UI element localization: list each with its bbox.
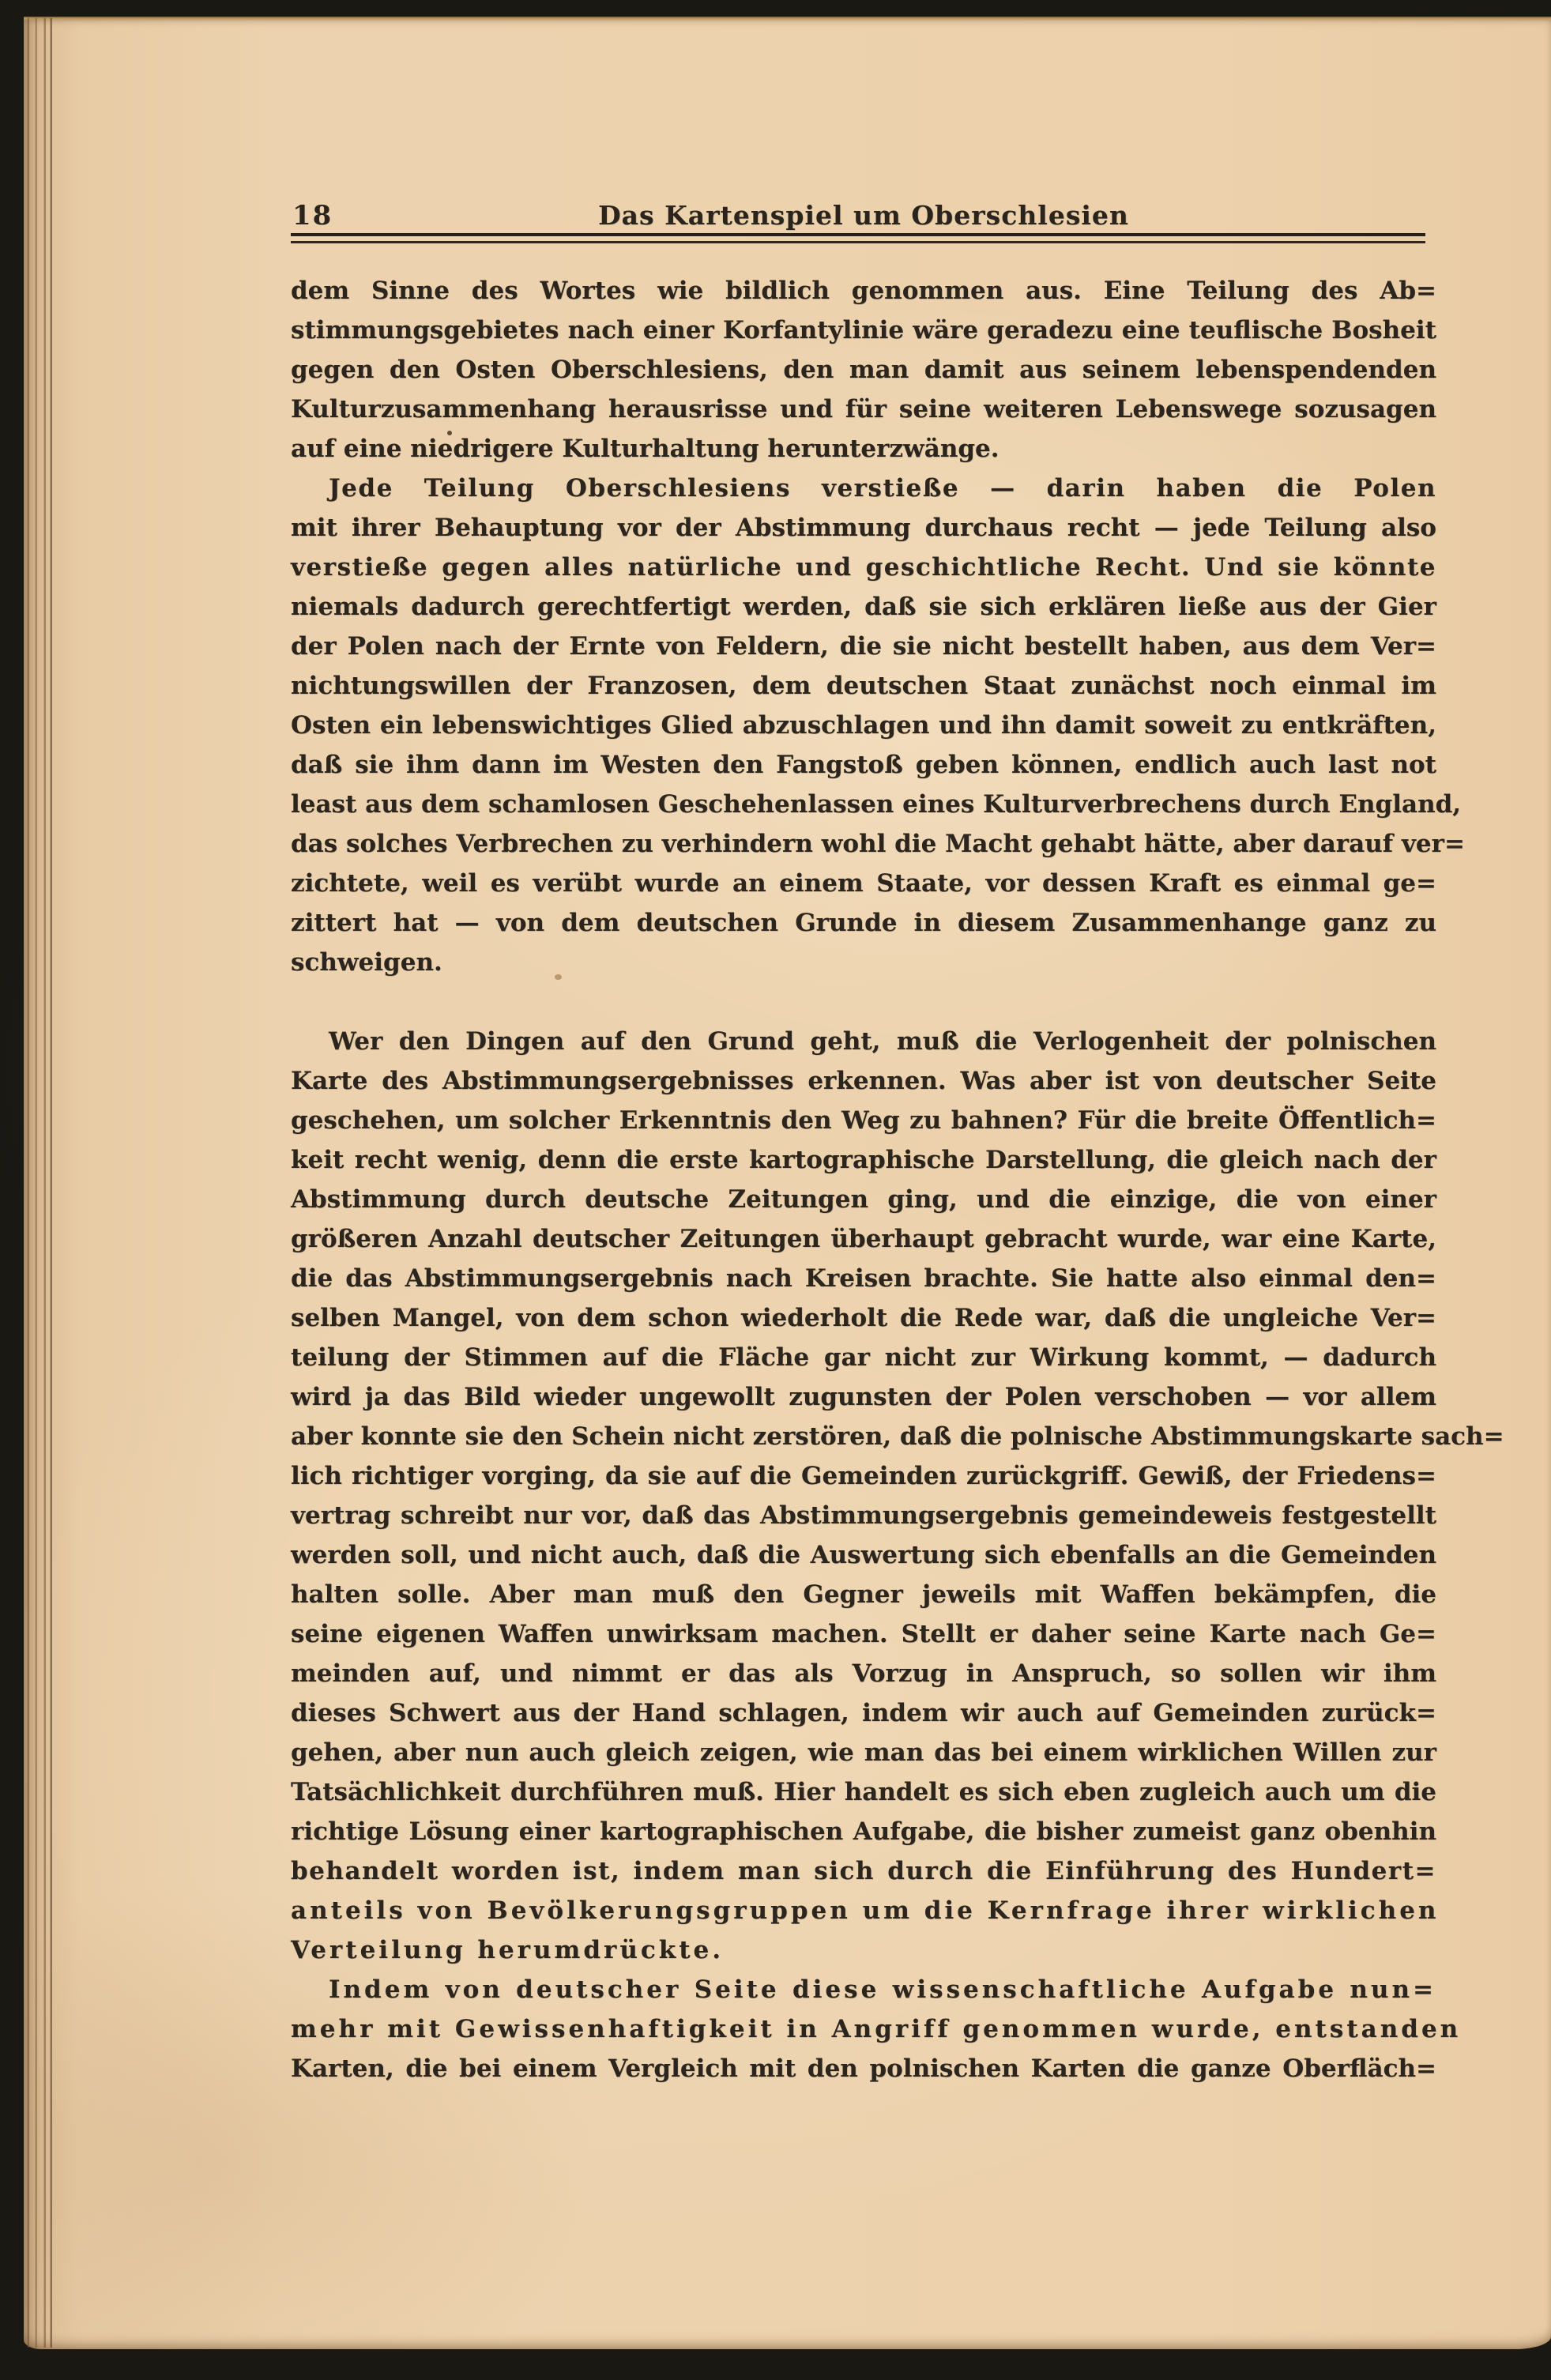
text-line: mehr mit Gewissenhaftigkeit in Angriff g… — [291, 2009, 1436, 2049]
text-line: gehen, aber nun auch gleich zeigen, wie … — [291, 1733, 1436, 1772]
text-line: behandelt worden ist, indem man sich dur… — [291, 1851, 1436, 1891]
text-line: meinden auf, und nimmt er das als Vorzug… — [291, 1654, 1436, 1693]
text-line: least aus dem schamlosen Geschehenlassen… — [291, 785, 1436, 824]
text-line: lich richtiger vorging, da sie auf die G… — [291, 1456, 1436, 1496]
text-line: Jede Teilung Oberschlesiens verstieße — … — [291, 469, 1436, 508]
paragraph: dem Sinne des Wortes wie bildlich genomm… — [291, 271, 1436, 469]
text-line: das solches Verbrechen zu verhindern woh… — [291, 824, 1436, 864]
text-line: zichtete, weil es verübt wurde an einem … — [291, 864, 1436, 903]
page-header: 18 Das Kartenspiel um Oberschlesien — [291, 198, 1436, 233]
text-line: der Polen nach der Ernte von Feldern, di… — [291, 627, 1436, 666]
page-number: 18 — [292, 198, 333, 233]
paragraph: Wer den Dingen auf den Grund geht, muß d… — [291, 1022, 1436, 1970]
scanned-book-page: { "colors": { "scan_background": "#19181… — [0, 0, 1551, 2380]
text-line: vertrag schreibt nur vor, daß das Abstim… — [291, 1496, 1436, 1535]
text-line: Karte des Abstimmungsergebnisses erkenne… — [291, 1061, 1436, 1101]
text-line: stimmungsgebietes nach einer Korfantylin… — [291, 311, 1436, 350]
text-line: Osten ein lebenswichtiges Glied abzuschl… — [291, 706, 1436, 745]
text-line: dieses Schwert aus der Hand schlagen, in… — [291, 1693, 1436, 1733]
book-page: 18 Das Kartenspiel um Oberschlesien dem … — [24, 17, 1551, 2349]
text-line: teilung der Stimmen auf die Fläche gar n… — [291, 1338, 1436, 1377]
text-line: zittert hat — von dem deutschen Grunde i… — [291, 903, 1436, 943]
text-line: Abstimmung durch deutsche Zeitungen ging… — [291, 1180, 1436, 1219]
text-line: geschehen, um solcher Erkenntnis den Weg… — [291, 1101, 1436, 1140]
text-line: die das Abstimmungsergebnis nach Kreisen… — [291, 1259, 1436, 1298]
text-line: mit ihrer Behauptung vor der Abstimmung … — [291, 508, 1436, 548]
text-line: größeren Anzahl deutscher Zeitungen über… — [291, 1219, 1436, 1259]
text-line: richtige Lösung einer kartographischen A… — [291, 1812, 1436, 1851]
text-line: Wer den Dingen auf den Grund geht, muß d… — [291, 1022, 1436, 1061]
text-line: werden soll, und nicht auch, daß die Aus… — [291, 1535, 1436, 1575]
text-line: verstieße gegen alles natürliche und ges… — [291, 548, 1436, 587]
text-line: dem Sinne des Wortes wie bildlich genomm… — [291, 271, 1436, 311]
text-line: Verteilung herumdrückte. — [291, 1930, 1436, 1970]
text-line: selben Mangel, von dem schon wiederholt … — [291, 1298, 1436, 1338]
paragraph: Jede Teilung Oberschlesiens verstieße — … — [291, 469, 1436, 982]
paragraph: Indem von deutscher Seite diese wissensc… — [291, 1970, 1436, 2088]
text-line: seine eigenen Waffen unwirksam machen. S… — [291, 1614, 1436, 1654]
text-line: anteils von Bevölkerungsgruppen um die K… — [291, 1891, 1436, 1930]
text-line: Karten, die bei einem Vergleich mit den … — [291, 2049, 1436, 2088]
text-line: auf eine niedrigere Kulturhaltung herunt… — [291, 429, 1436, 469]
page-edge-stack — [24, 18, 55, 2348]
text-line: aber konnte sie den Schein nicht zerstör… — [291, 1417, 1436, 1456]
text-line: gegen den Osten Oberschlesiens, den man … — [291, 350, 1436, 390]
header-rule — [291, 233, 1425, 243]
text-line: halten solle. Aber man muß den Gegner je… — [291, 1575, 1436, 1614]
text-line: niemals dadurch gerechtfertigt werden, d… — [291, 587, 1436, 627]
text-line: daß sie ihm dann im Westen den Fangstoß … — [291, 745, 1436, 785]
text-line: keit recht wenig, denn die erste kartogr… — [291, 1140, 1436, 1180]
text-line: wird ja das Bild wieder ungewollt zuguns… — [291, 1377, 1436, 1417]
running-title: Das Kartenspiel um Oberschlesien — [291, 198, 1436, 233]
text-line: Indem von deutscher Seite diese wissensc… — [291, 1970, 1436, 2009]
body-text: dem Sinne des Wortes wie bildlich genomm… — [291, 271, 1436, 2088]
text-line: nichtungswillen der Franzosen, dem deuts… — [291, 666, 1436, 706]
paragraph-gap — [291, 982, 1436, 1022]
text-line: Kulturzusammenhang herausrisse und für s… — [291, 390, 1436, 429]
text-line: schweigen. — [291, 943, 1436, 982]
text-line: Tatsächlichkeit durchführen muß. Hier ha… — [291, 1772, 1436, 1812]
